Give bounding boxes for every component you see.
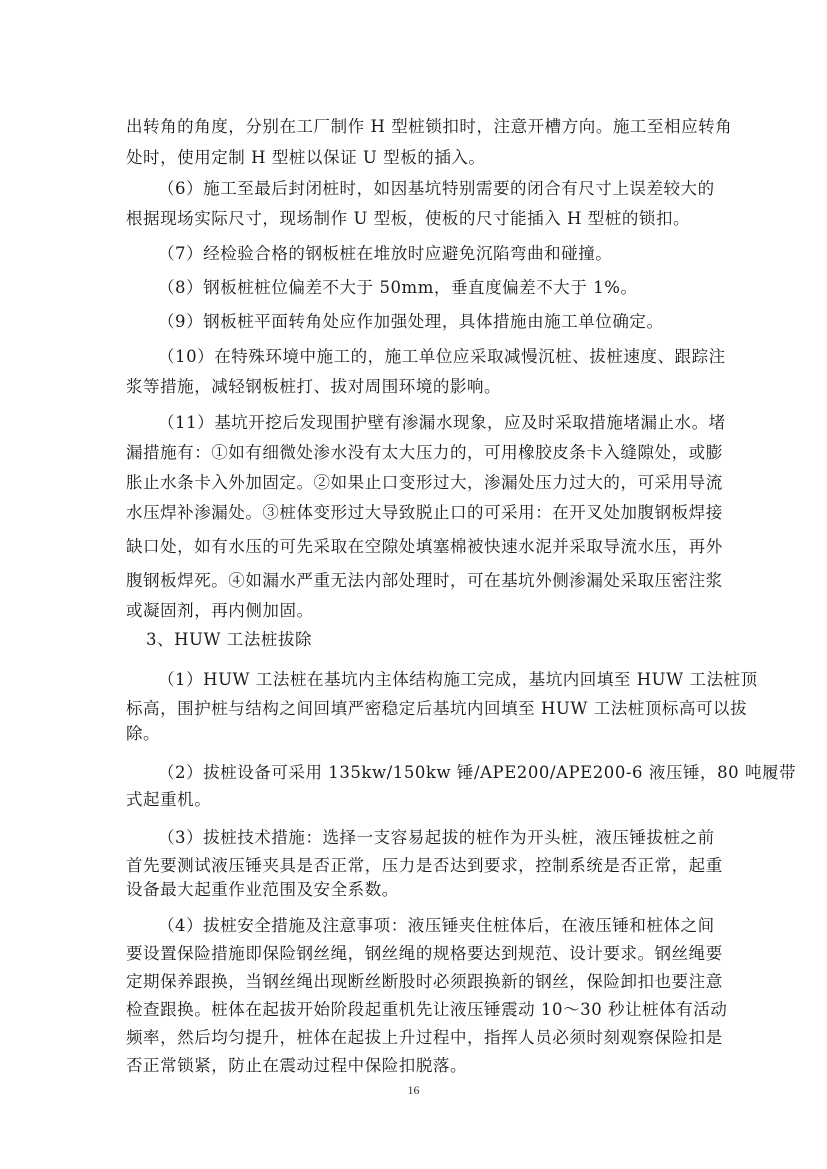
- list-item-10-line: （10）在特殊环境中施工的，施工单位应采取减慢沉桩、拔桩速度、跟踪注: [158, 346, 706, 368]
- text-line: 首先要测试液压锤夹具是否正常，压力是否达到要求，控制系统是否正常，起重: [126, 855, 706, 877]
- text-line: 检查跟换。桩体在起拔开始阶段起重机先让液压锤震动 10～30 秒让桩体有活动: [126, 999, 706, 1021]
- list-item-6-line: （6）施工至最后封闭桩时，如因基坑特别需要的闭合有尺寸上误差较大的: [158, 178, 706, 200]
- list-item-2-line: （2）拔桩设备可采用 135kw/150kw 锤/APE200/APE200-6…: [158, 762, 706, 784]
- text-line: 频率，然后均匀提升，桩体在起拔上升过程中，指挥人员必须时刻观察保险扣是: [126, 1027, 706, 1049]
- text-line: 或凝固剂，再内侧加固。: [126, 600, 706, 622]
- page-number: 16: [0, 1083, 827, 1098]
- list-item-8-line: （8）钢板桩桩位偏差不大于 50mm，垂直度偏差不大于 1%。: [158, 277, 706, 299]
- list-item-1-line: （1）HUW 工法桩在基坑内主体结构施工完成，基坑内回填至 HUW 工法桩顶: [158, 669, 706, 691]
- text-line: 否正常锁紧，防止在震动过程中保险扣脱落。: [126, 1055, 706, 1077]
- document-page: 出转角的角度，分别在工厂制作 H 型桩锁扣时，注意开槽方向。施工至相应转角 处时…: [0, 0, 827, 1169]
- text-line: 浆等措施，减轻钢板桩打、拔对周围环境的影响。: [126, 376, 706, 398]
- text-line: 胀止水条卡入外加固定。②如果止口变形过大，渗漏处压力过大的，可采用导流: [126, 472, 706, 494]
- text-line: 除。: [126, 723, 706, 745]
- text-line: 设备最大起重作业范围及安全系数。: [126, 879, 706, 901]
- text-line: 定期保养跟换，当钢丝绳出现断丝断股时必须跟换新的钢丝，保险卸扣也要注意: [126, 971, 706, 993]
- text-line: 要设置保险措施即保险钢丝绳，钢丝绳的规格要达到规范、设计要求。钢丝绳要: [126, 943, 706, 965]
- section-heading: 3、HUW 工法桩拔除: [146, 629, 726, 651]
- text-line: 水压焊补渗漏处。③桩体变形过大导致脱止口的可采用：在开叉处加腹钢板焊接: [126, 502, 706, 524]
- text-line: 缺口处，如有水压的可先采取在空隙处填塞棉被快速水泥并采取导流水压，再外: [126, 536, 706, 558]
- text-line: 漏措施有：①如有细微处渗水没有太大压力的，可用橡胶皮条卡入缝隙处，或膨: [126, 442, 706, 464]
- list-item-3-line: （3）拔桩技术措施：选择一支容易起拔的桩作为开头桩，液压锤拔桩之前: [158, 827, 706, 849]
- text-line: 标高，围护桩与结构之间回填严密稳定后基坑内回填至 HUW 工法桩顶标高可以拔: [126, 698, 706, 720]
- text-line: 式起重机。: [126, 789, 706, 811]
- list-item-11-line: （11）基坑开挖后发现围护壁有渗漏水现象，应及时采取措施堵漏止水。堵: [158, 412, 706, 434]
- text-line: 处时，使用定制 H 型桩以保证 U 型板的插入。: [126, 147, 706, 169]
- text-line: 出转角的角度，分别在工厂制作 H 型桩锁扣时，注意开槽方向。施工至相应转角: [126, 116, 706, 138]
- text-line: 根据现场实际尺寸，现场制作 U 型板，使板的尺寸能插入 H 型桩的锁扣。: [126, 208, 706, 230]
- list-item-4-line: （4）拔桩安全措施及注意事项：液压锤夹住桩体后，在液压锤和桩体之间: [158, 915, 706, 937]
- text-line: 腹钢板焊死。④如漏水严重无法内部处理时，可在基坑外侧渗漏处采取压密注浆: [126, 570, 706, 592]
- list-item-7-line: （7）经检验合格的钢板桩在堆放时应避免沉陷弯曲和碰撞。: [158, 243, 706, 265]
- list-item-9-line: （9）钢板桩平面转角处应作加强处理，具体措施由施工单位确定。: [158, 311, 706, 333]
